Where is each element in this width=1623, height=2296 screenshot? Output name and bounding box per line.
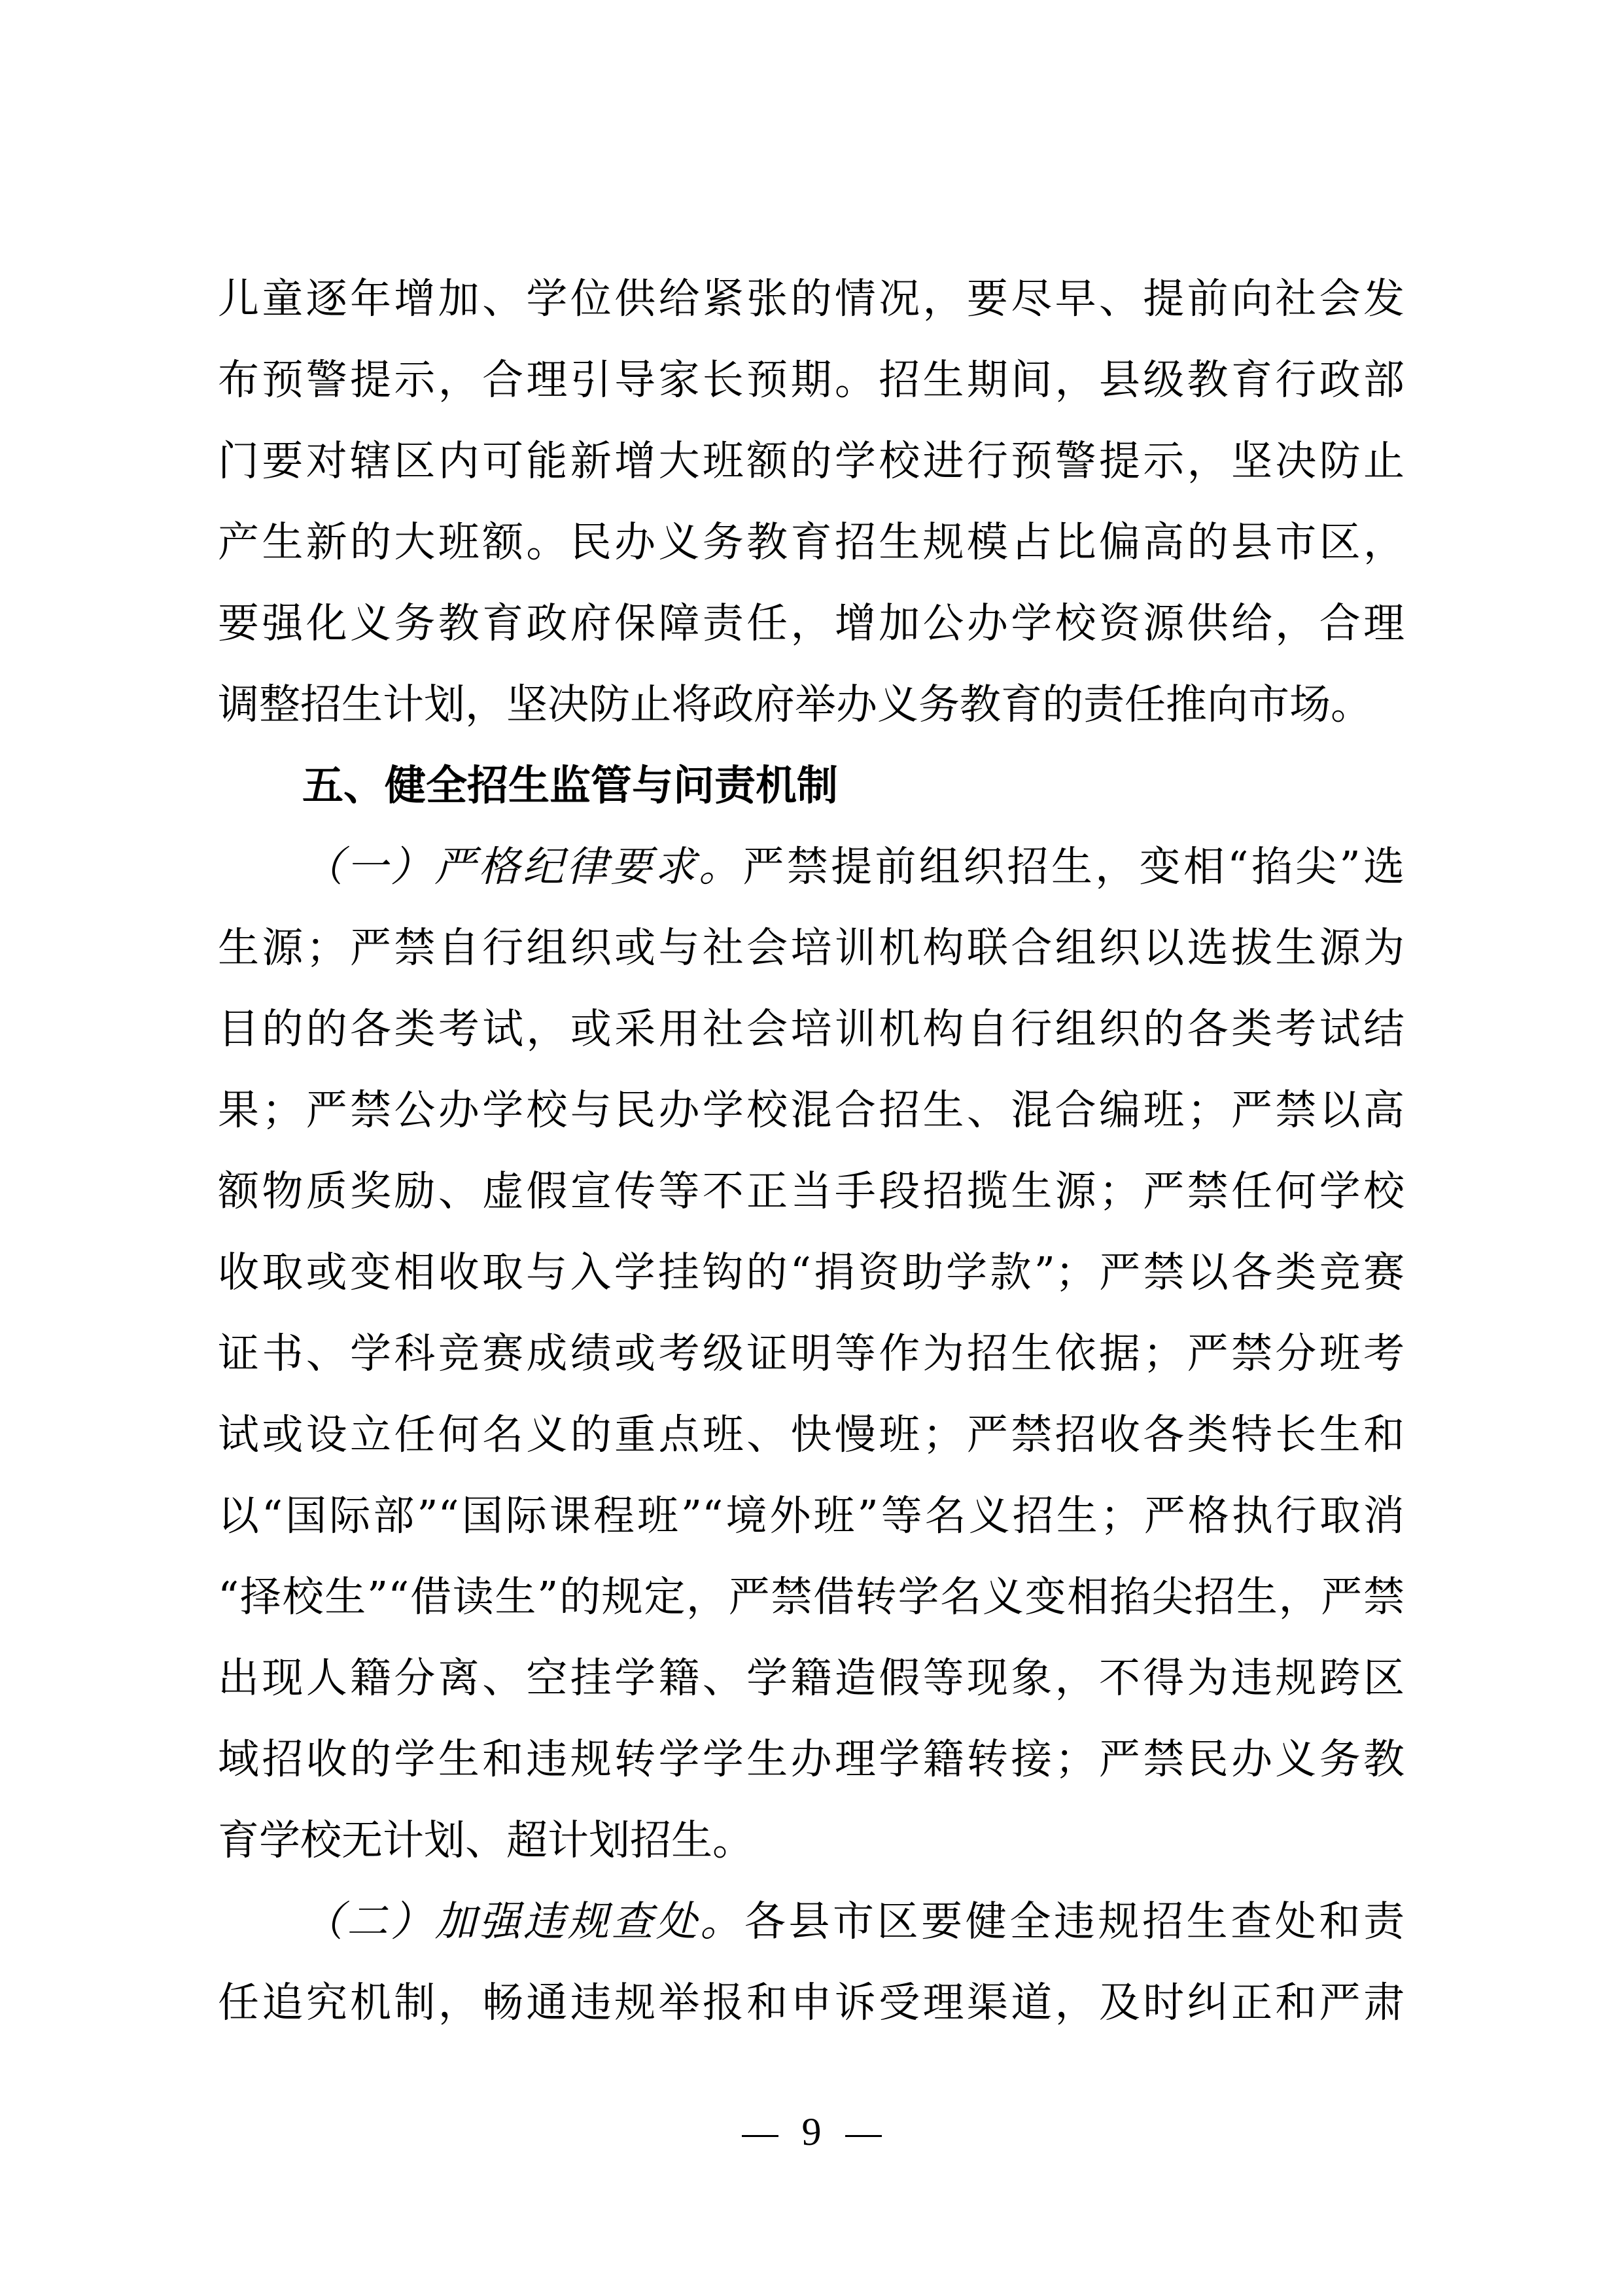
- subsection-lead: （二）加强违规查处。: [302, 1898, 744, 1945]
- page-number: 9: [802, 2110, 822, 2153]
- text-line: 试或设立任何名义的重点班、快慢班；严禁招收各类特长生和: [218, 1394, 1405, 1475]
- text-line: 目的的各类考试，或采用社会培训机构自行组织的各类考试结: [218, 989, 1405, 1070]
- document-page: 儿童逐年增加、学位供给紧张的情况，要尽早、提前向社会发 布预警提示，合理引导家长…: [218, 258, 1405, 2043]
- paragraph-continuation: 儿童逐年增加、学位供给紧张的情况，要尽早、提前向社会发 布预警提示，合理引导家长…: [218, 258, 1405, 745]
- text-line: 生源；严禁自行组织或与社会培训机构联合组织以选拔生源为: [218, 908, 1405, 989]
- text-line: 门要对辖区内可能新增大班额的学校进行预警提示，坚决防止: [218, 421, 1405, 502]
- text-span: 严禁提前组织招生，变相“掐尖”选: [742, 843, 1405, 891]
- text-line: 额物质奖励、虚假宣传等不正当手段招揽生源；严禁任何学校: [218, 1151, 1405, 1232]
- text-line: 儿童逐年增加、学位供给紧张的情况，要尽早、提前向社会发: [218, 258, 1405, 340]
- text-line: 产生新的大班额。民办义务教育招生规模占比偏高的县市区，: [218, 502, 1405, 583]
- text-line: 域招收的学生和违规转学学生办理学籍转接；严禁民办义务教: [218, 1719, 1405, 1800]
- paragraph-discipline-requirements: （一）严格纪律要求。严禁提前组织招生，变相“掐尖”选 生源；严禁自行组织或与社会…: [218, 826, 1405, 1881]
- text-line: 调整招生计划，坚决防止将政府举办义务教育的责任推向市场。: [218, 664, 1405, 745]
- text-line: 证书、学科竞赛成绩或考级证明等作为招生依据；严禁分班考: [218, 1313, 1405, 1394]
- text-line: 任追究机制，畅通违规举报和申诉受理渠道，及时纠正和严肃: [218, 1962, 1405, 2043]
- dash-left-icon: [742, 2135, 778, 2137]
- text-line: 收取或变相收取与入学挂钩的“捐资助学款”；严禁以各类竞赛: [218, 1232, 1405, 1313]
- subsection-lead: （一）严格纪律要求。: [302, 843, 742, 891]
- text-line: 以“国际部”“国际课程班”“境外班”等名义招生；严格执行取消: [218, 1475, 1405, 1557]
- text-line-first: （二）加强违规查处。各县市区要健全违规招生查处和责: [218, 1881, 1405, 1962]
- section-heading: 五、健全招生监管与问责机制: [218, 745, 1405, 826]
- text-line: 果；严禁公办学校与民办学校混合招生、混合编班；严禁以高: [218, 1070, 1405, 1151]
- paragraph-violation-handling: （二）加强违规查处。各县市区要健全违规招生查处和责 任追究机制，畅通违规举报和申…: [218, 1881, 1405, 2043]
- text-line: 育学校无计划、超计划招生。: [218, 1800, 1405, 1881]
- text-span: 各县市区要健全违规招生查处和责: [744, 1898, 1405, 1945]
- text-line: “择校生”“借读生”的规定，严禁借转学名义变相掐尖招生，严禁: [218, 1557, 1405, 1638]
- text-line: 布预警提示，合理引导家长预期。招生期间，县级教育行政部: [218, 340, 1405, 421]
- page-footer: 9: [0, 2106, 1623, 2158]
- text-line-first: （一）严格纪律要求。严禁提前组织招生，变相“掐尖”选: [218, 826, 1405, 908]
- text-line: 出现人籍分离、空挂学籍、学籍造假等现象，不得为违规跨区: [218, 1638, 1405, 1719]
- dash-right-icon: [845, 2135, 882, 2137]
- text-line: 要强化义务教育政府保障责任，增加公办学校资源供给，合理: [218, 583, 1405, 664]
